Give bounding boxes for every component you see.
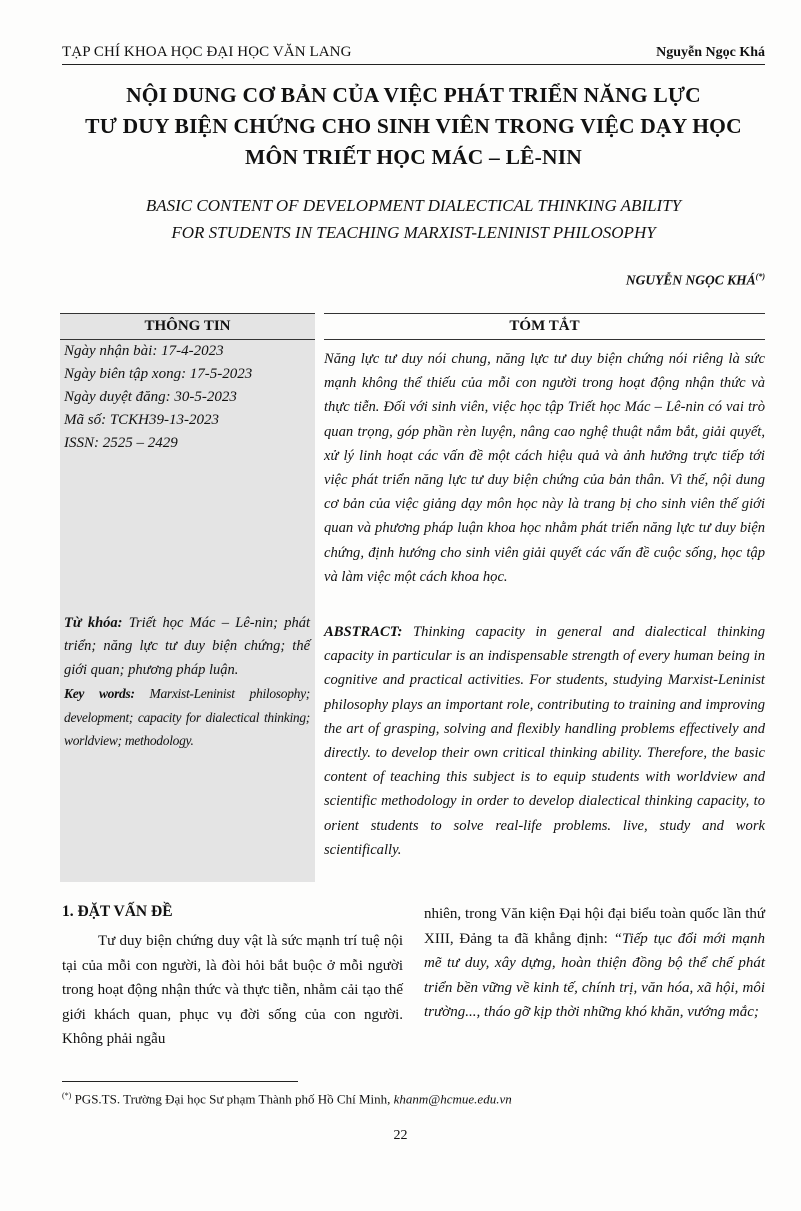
body-column-left: Tư duy biện chứng duy vật là sức mạnh tr…	[62, 929, 403, 1052]
body-paragraph-continued: nhiên, trong Văn kiện Đại hội đại biểu t…	[424, 902, 765, 1025]
keywords-vi-label: Từ khóa:	[64, 615, 122, 631]
issn: ISSN: 2525 – 2429	[64, 432, 314, 455]
abstract-label: ABSTRACT:	[324, 624, 402, 640]
author-email-link[interactable]: khanm@hcmue.edu.vn	[394, 1091, 512, 1106]
footnote: (*) PGS.TS. Trường Đại học Sư phạm Thành…	[62, 1091, 512, 1107]
page-title: NỘI DUNG CƠ BẢN CỦA VIỆC PHÁT TRIỂN NĂNG…	[62, 80, 765, 173]
section-heading: 1. ĐẶT VẤN ĐỀ	[62, 903, 173, 921]
keywords-block: Từ khóa: Triết học Mác – Lê-nin; phát tr…	[64, 612, 310, 752]
article-info-list: Ngày nhận bài: 17-4-2023 Ngày biên tập x…	[64, 340, 314, 455]
keywords-en-label: Key words:	[64, 686, 135, 701]
info-panel-heading: THÔNG TIN	[60, 313, 315, 340]
accepted-date: Ngày duyệt đăng: 30-5-2023	[64, 386, 314, 409]
journal-name: TẠP CHÍ KHOA HỌC ĐẠI HỌC VĂN LANG	[62, 44, 352, 64]
title-line-3: MÔN TRIẾT HỌC MÁC – LÊ-NIN	[62, 142, 765, 173]
footnote-divider	[62, 1081, 298, 1082]
body-paragraph: Tư duy biện chứng duy vật là sức mạnh tr…	[62, 929, 403, 1052]
title-line-1: NỘI DUNG CƠ BẢN CỦA VIỆC PHÁT TRIỂN NĂNG…	[62, 80, 765, 111]
english-title: BASIC CONTENT OF DEVELOPMENT DIALECTICAL…	[62, 192, 765, 246]
title-line-2: TƯ DUY BIỆN CHỨNG CHO SINH VIÊN TRONG VI…	[62, 111, 765, 142]
author-name: NGUYỄN NGỌC KHÁ	[626, 273, 756, 288]
summary-heading: TÓM TẮT	[324, 313, 765, 340]
body-column-right: nhiên, trong Văn kiện Đại hội đại biểu t…	[424, 902, 765, 1025]
article-code: Mã số: TCKH39-13-2023	[64, 409, 314, 432]
author-byline: NGUYỄN NGỌC KHÁ(*)	[626, 272, 765, 289]
footnote-marker[interactable]: (*)	[756, 272, 765, 281]
abstract-text: Thinking capacity in general and dialect…	[324, 624, 765, 858]
keywords-vi: Từ khóa: Triết học Mác – Lê-nin; phát tr…	[64, 612, 310, 682]
page-number: 22	[0, 1128, 801, 1144]
abstract-english: ABSTRACT: Thinking capacity in general a…	[324, 620, 765, 862]
english-title-line-1: BASIC CONTENT OF DEVELOPMENT DIALECTICAL…	[62, 192, 765, 219]
keywords-en: Key words: Marxist-Leninist philosophy; …	[64, 682, 310, 752]
english-title-line-2: FOR STUDENTS IN TEACHING MARXIST-LENINIS…	[62, 219, 765, 246]
footnote-text: PGS.TS. Trường Đại học Sư phạm Thành phố…	[71, 1091, 393, 1106]
footnote-mark: (*)	[62, 1091, 71, 1100]
received-date: Ngày nhận bài: 17-4-2023	[64, 340, 314, 363]
edited-date: Ngày biên tập xong: 17-5-2023	[64, 363, 314, 386]
running-header: TẠP CHÍ KHOA HỌC ĐẠI HỌC VĂN LANG Nguyễn…	[62, 42, 765, 65]
header-author: Nguyễn Ngọc Khá	[656, 45, 765, 64]
summary-vietnamese: Năng lực tư duy nói chung, năng lực tư d…	[324, 347, 765, 589]
